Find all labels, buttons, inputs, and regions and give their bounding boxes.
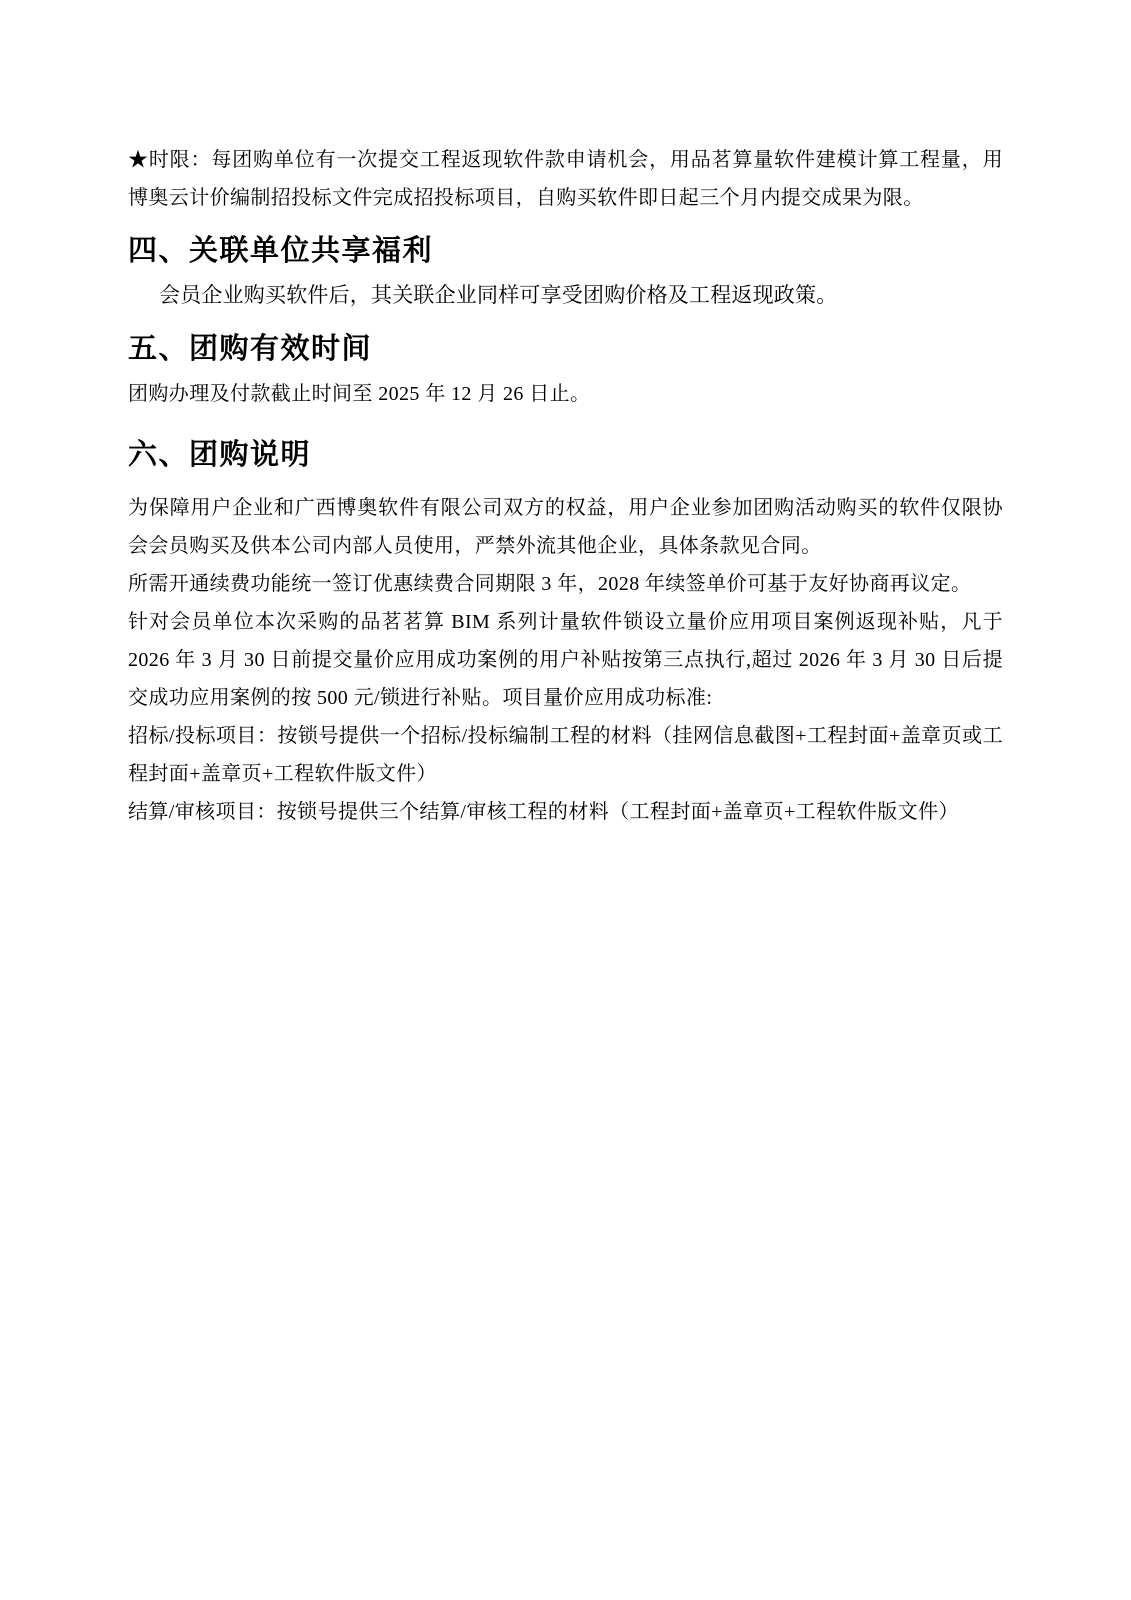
section-heading-5: 五、团购有效时间 xyxy=(128,329,1003,369)
paragraph-valid-time: 团购办理及付款截止时间至 2025 年 12 月 26 日止。 xyxy=(128,375,1003,413)
document-page: ★时限：每团购单位有一次提交工程返现软件款申请机会，用品茗算量软件建模计算工程量… xyxy=(0,0,1131,1600)
paragraph-note-rebate: 针对会员单位本次采购的品茗茗算 BIM 系列计量软件锁设立量价应用项目案例返现补… xyxy=(128,603,1003,717)
paragraph-affiliate-benefit: 会员企业购买软件后，其关联企业同样可享受团购价格及工程返现政策。 xyxy=(128,277,1003,315)
paragraph-note-settle-project: 结算/审核项目：按锁号提供三个结算/审核工程的材料（工程封面+盖章页+工程软件版… xyxy=(128,793,1003,831)
paragraph-note-bid-project: 招标/投标项目：按锁号提供一个招标/投标编制工程的材料（挂网信息截图+工程封面+… xyxy=(128,717,1003,793)
paragraph-note-renewal: 所需开通续费功能统一签订优惠续费合同期限 3 年，2028 年续签单价可基于友好… xyxy=(128,565,1003,603)
paragraph-note-scope: 为保障用户企业和广西博奥软件有限公司双方的权益，用户企业参加团购活动购买的软件仅… xyxy=(128,489,1003,565)
section-heading-4: 四、关联单位共享福利 xyxy=(128,231,1003,271)
section-heading-6: 六、团购说明 xyxy=(128,435,1003,475)
paragraph-deadline-note: ★时限：每团购单位有一次提交工程返现软件款申请机会，用品茗算量软件建模计算工程量… xyxy=(128,141,1003,217)
